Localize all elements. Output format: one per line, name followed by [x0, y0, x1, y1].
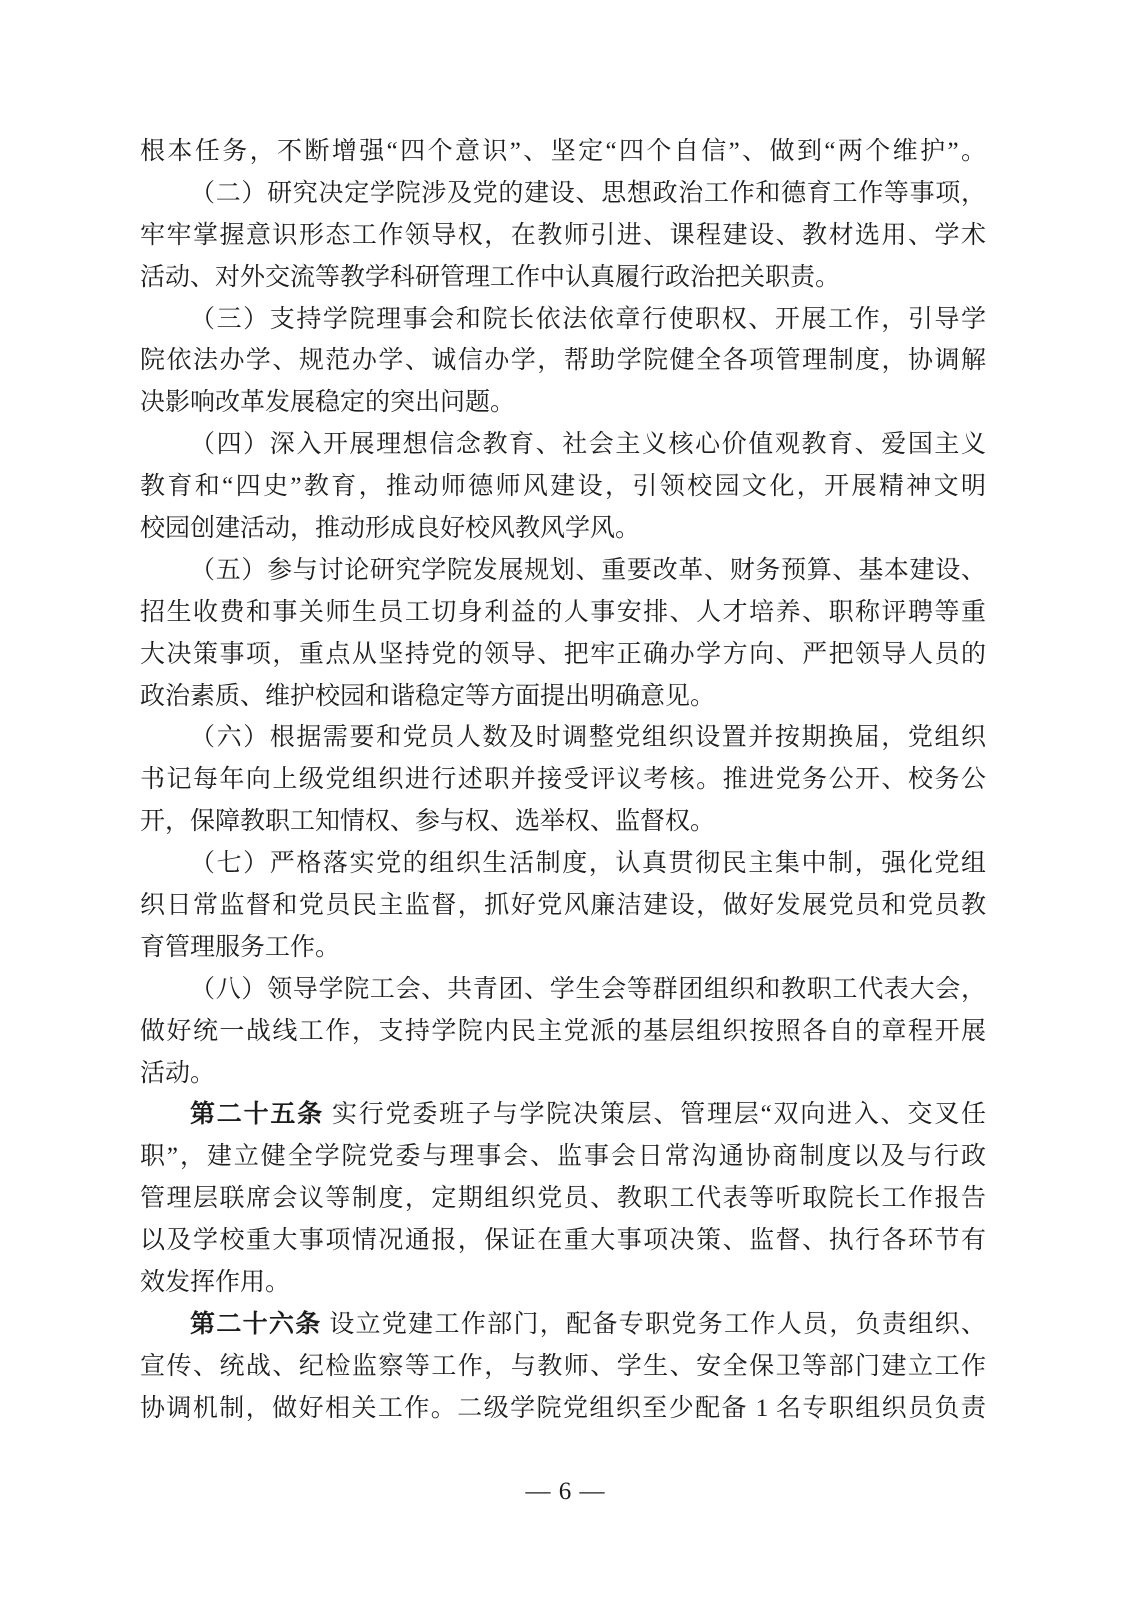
- text-run: 职”，建立健全学院党委与理事会、监事会日常沟通协商制度以及与行政: [140, 1143, 986, 1170]
- page-footer: — 6 —: [0, 1478, 1131, 1506]
- text-run: 开，保障教职工知情权、参与权、选举权、监督权。: [140, 808, 715, 835]
- text-run: 协调机制，做好相关工作。二级学院党组织至少配备 1 名专职组织员负责: [140, 1395, 986, 1422]
- text-run: 效发挥作用。: [140, 1269, 290, 1296]
- text-line: （四）深入开展理想信念教育、社会主义核心价值观教育、爱国主义: [140, 424, 986, 466]
- text-run: （六）根据需要和党员人数及时调整党组织设置并按期换届，党组织: [190, 724, 986, 751]
- text-run: 活动。: [140, 1060, 215, 1087]
- text-line: 决影响改革发展稳定的突出问题。: [140, 382, 986, 424]
- text-line: 第二十六条 设立党建工作部门，配备专职党务工作人员，负责组织、: [140, 1304, 986, 1346]
- text-run: 育管理服务工作。: [140, 934, 340, 961]
- text-run: 根本任务，不断增强“四个意识”、坚定“四个自信”、做到“两个维护”。: [140, 138, 986, 165]
- text-run: 决影响改革发展稳定的突出问题。: [140, 389, 515, 416]
- text-line: （三）支持学院理事会和院长依法依章行使职权、开展工作，引导学: [140, 299, 986, 341]
- text-line: 管理层联席会议等制度，定期组织党员、教职工代表等听取院长工作报告: [140, 1178, 986, 1220]
- text-run: 书记每年向上级党组织进行述职并接受评议考核。推进党务公开、校务公: [140, 766, 986, 793]
- text-line: 开，保障教职工知情权、参与权、选举权、监督权。: [140, 801, 986, 843]
- text-line: （二）研究决定学院涉及党的建设、思想政治工作和德育工作等事项，: [140, 173, 986, 215]
- text-line: 效发挥作用。: [140, 1262, 986, 1304]
- document-page: 根本任务，不断增强“四个意识”、坚定“四个自信”、做到“两个维护”。（二）研究决…: [0, 0, 1131, 1600]
- text-run: 做好统一战线工作，支持学院内民主党派的基层组织按照各自的章程开展: [140, 1018, 986, 1045]
- text-run: 教育和“四史”教育，推动师德师风建设，引领校园文化，开展精神文明: [140, 473, 986, 500]
- text-line: 活动。: [140, 1053, 986, 1095]
- text-run: （二）研究决定学院涉及党的建设、思想政治工作和德育工作等事项，: [190, 180, 986, 207]
- text-line: 招生收费和事关师生员工切身利益的人事安排、人才培养、职称评聘等重: [140, 592, 986, 634]
- text-line: （六）根据需要和党员人数及时调整党组织设置并按期换届，党组织: [140, 717, 986, 759]
- text-line: 育管理服务工作。: [140, 927, 986, 969]
- text-line: 织日常监督和党员民主监督，抓好党风廉洁建设，做好发展党员和党员教: [140, 885, 986, 927]
- article-heading: 第二十六条: [190, 1311, 322, 1338]
- text-run: 宣传、统战、纪检监察等工作，与教师、学生、安全保卫等部门建立工作: [140, 1353, 986, 1380]
- text-run: 织日常监督和党员民主监督，抓好党风廉洁建设，做好发展党员和党员教: [140, 892, 986, 919]
- text-run: （七）严格落实党的组织生活制度，认真贯彻民主集中制，强化党组: [190, 850, 986, 877]
- text-line: （五）参与讨论研究学院发展规划、重要改革、财务预算、基本建设、: [140, 550, 986, 592]
- text-run: 政治素质、维护校园和谐稳定等方面提出明确意见。: [140, 683, 715, 710]
- text-line: 书记每年向上级党组织进行述职并接受评议考核。推进党务公开、校务公: [140, 759, 986, 801]
- text-run: 设立党建工作部门，配备专职党务工作人员，负责组织、: [322, 1311, 986, 1338]
- text-run: （四）深入开展理想信念教育、社会主义核心价值观教育、爱国主义: [190, 431, 986, 458]
- text-line: 校园创建活动，推动形成良好校风教风学风。: [140, 508, 986, 550]
- text-run: 以及学校重大事项情况通报，保证在重大事项决策、监督、执行各环节有: [140, 1227, 986, 1254]
- text-run: 活动、对外交流等教学科研管理工作中认真履行政治把关职责。: [140, 264, 840, 291]
- text-line: 第二十五条 实行党委班子与学院决策层、管理层“双向进入、交叉任: [140, 1094, 986, 1136]
- text-line: 根本任务，不断增强“四个意识”、坚定“四个自信”、做到“两个维护”。: [140, 131, 986, 173]
- text-line: 活动、对外交流等教学科研管理工作中认真履行政治把关职责。: [140, 257, 986, 299]
- text-run: 院依法办学、规范办学、诚信办学，帮助学院健全各项管理制度，协调解: [140, 347, 986, 374]
- text-line: 牢牢掌握意识形态工作领导权，在教师引进、课程建设、教材选用、学术: [140, 215, 986, 257]
- text-line: 大决策事项，重点从坚持党的领导、把牢正确办学方向、严把领导人员的: [140, 634, 986, 676]
- text-run: 牢牢掌握意识形态工作领导权，在教师引进、课程建设、教材选用、学术: [140, 222, 986, 249]
- text-run: （五）参与讨论研究学院发展规划、重要改革、财务预算、基本建设、: [190, 557, 986, 584]
- text-run: 管理层联席会议等制度，定期组织党员、教职工代表等听取院长工作报告: [140, 1185, 986, 1212]
- text-line: （七）严格落实党的组织生活制度，认真贯彻民主集中制，强化党组: [140, 843, 986, 885]
- text-line: 协调机制，做好相关工作。二级学院党组织至少配备 1 名专职组织员负责: [140, 1388, 986, 1430]
- text-line: （八）领导学院工会、共青团、学生会等群团组织和教职工代表大会，: [140, 969, 986, 1011]
- text-line: 政治素质、维护校园和谐稳定等方面提出明确意见。: [140, 676, 986, 718]
- text-line: 教育和“四史”教育，推动师德师风建设，引领校园文化，开展精神文明: [140, 466, 986, 508]
- text-line: 做好统一战线工作，支持学院内民主党派的基层组织按照各自的章程开展: [140, 1011, 986, 1053]
- page-number: — 6 —: [526, 1478, 606, 1505]
- text-run: （三）支持学院理事会和院长依法依章行使职权、开展工作，引导学: [190, 306, 986, 333]
- text-run: 校园创建活动，推动形成良好校风教风学风。: [140, 515, 640, 542]
- text-run: 实行党委班子与学院决策层、管理层“双向进入、交叉任: [324, 1101, 986, 1128]
- text-run: 招生收费和事关师生员工切身利益的人事安排、人才培养、职称评聘等重: [140, 599, 986, 626]
- text-run: （八）领导学院工会、共青团、学生会等群团组织和教职工代表大会，: [190, 976, 986, 1003]
- document-body: 根本任务，不断增强“四个意识”、坚定“四个自信”、做到“两个维护”。（二）研究决…: [140, 131, 986, 1430]
- text-run: 大决策事项，重点从坚持党的领导、把牢正确办学方向、严把领导人员的: [140, 641, 986, 668]
- text-line: 职”，建立健全学院党委与理事会、监事会日常沟通协商制度以及与行政: [140, 1136, 986, 1178]
- article-heading: 第二十五条: [190, 1101, 324, 1128]
- text-line: 以及学校重大事项情况通报，保证在重大事项决策、监督、执行各环节有: [140, 1220, 986, 1262]
- text-line: 院依法办学、规范办学、诚信办学，帮助学院健全各项管理制度，协调解: [140, 340, 986, 382]
- text-line: 宣传、统战、纪检监察等工作，与教师、学生、安全保卫等部门建立工作: [140, 1346, 986, 1388]
